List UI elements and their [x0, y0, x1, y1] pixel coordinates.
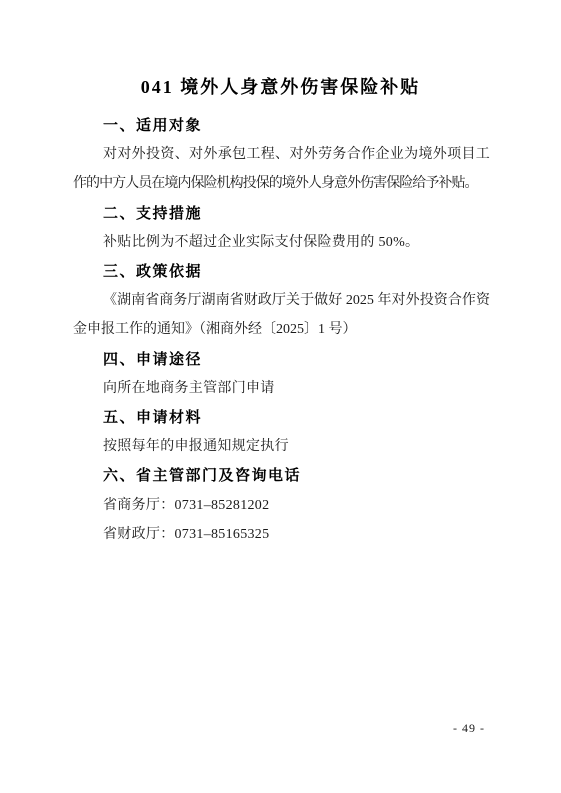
section-heading: 四、申请途径	[73, 345, 490, 374]
section-paragraph: 按照每年的申报通知规定执行	[73, 432, 490, 461]
section-paragraph: 《湖南省商务厅湖南省财政厅关于做好 2025 年对外投资合作资金申报工作的通知》…	[73, 286, 490, 344]
document-content: 一、适用对象对对外投资、对外承包工程、对外劳务合作企业为境外项目工作的中方人员在…	[73, 111, 490, 549]
section-heading: 六、省主管部门及咨询电话	[73, 461, 490, 490]
section-heading: 一、适用对象	[73, 111, 490, 140]
section-paragraph: 省商务厅：0731–85281202	[73, 491, 490, 520]
document-title: 041 境外人身意外伤害保险补贴	[0, 0, 561, 101]
page-number: - 49 -	[453, 721, 485, 736]
section-heading: 五、申请材料	[73, 403, 490, 432]
section-paragraph: 补贴比例为不超过企业实际支付保险费用的 50%。	[73, 228, 490, 257]
section-heading: 三、政策依据	[73, 257, 490, 286]
section-paragraph: 对对外投资、对外承包工程、对外劳务合作企业为境外项目工作的中方人员在境内保险机构…	[73, 140, 490, 198]
section-paragraph: 向所在地商务主管部门申请	[73, 374, 490, 403]
section-paragraph: 省财政厅：0731–85165325	[73, 520, 490, 549]
section-heading: 二、支持措施	[73, 199, 490, 228]
document-page: 041 境外人身意外伤害保险补贴 一、适用对象对对外投资、对外承包工程、对外劳务…	[0, 0, 561, 793]
